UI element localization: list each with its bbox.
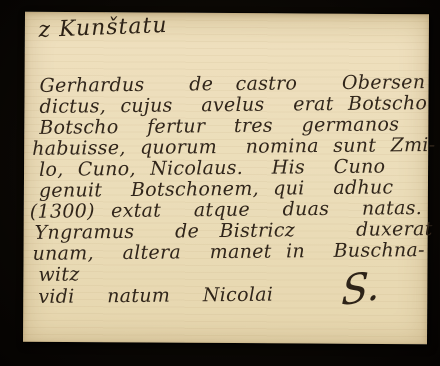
card-header-place-name: z Kunštatu	[38, 13, 168, 43]
index-card: z Kunštatu Gerhardus de castro Obersen d…	[23, 12, 429, 344]
signature-initial: S.	[341, 262, 381, 315]
